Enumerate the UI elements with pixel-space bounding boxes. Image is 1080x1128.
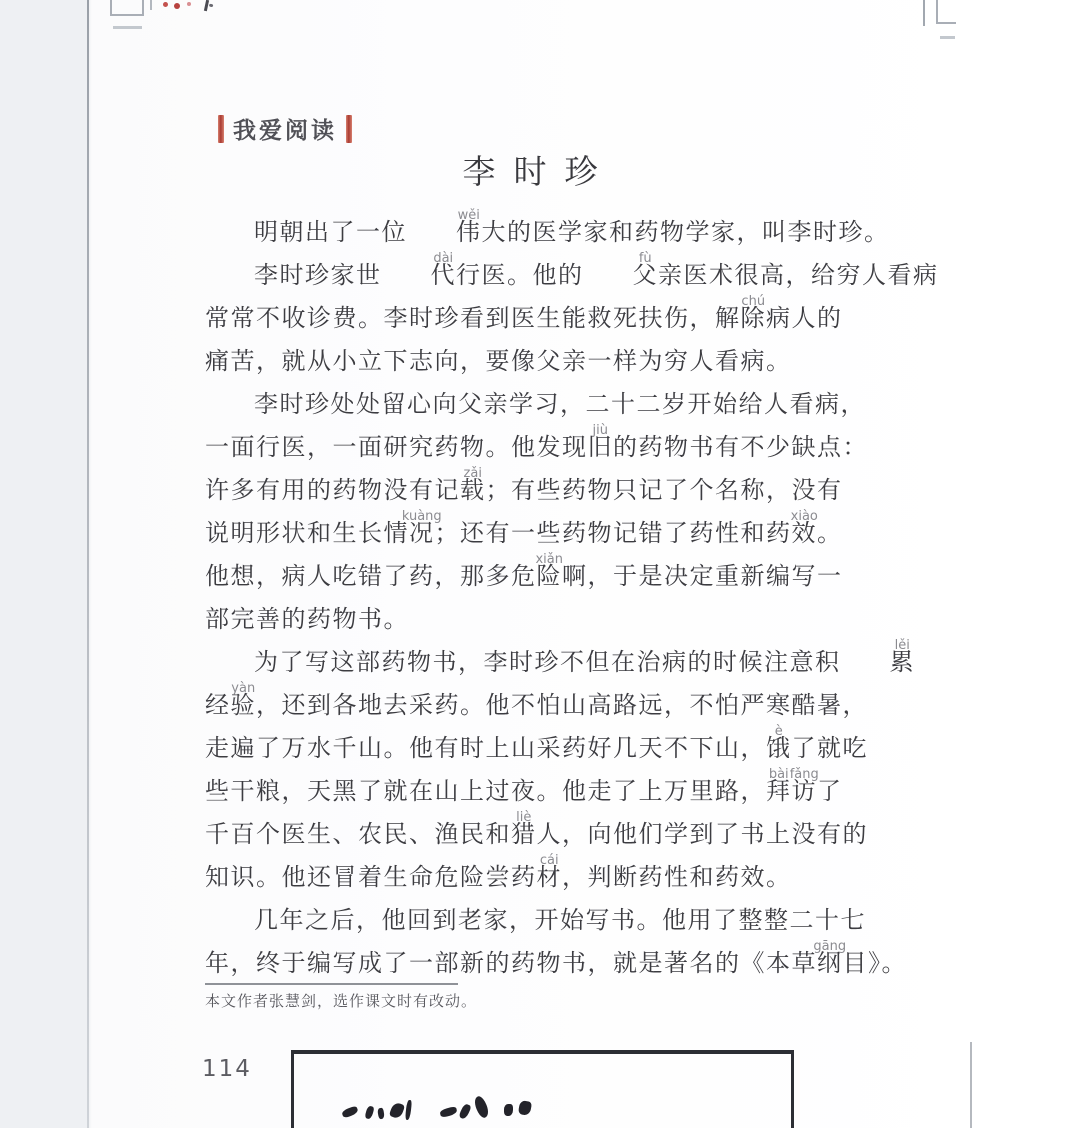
text-line: 他想，病人吃错了药，那多危xiǎn险啊，于是决定重新编写一 bbox=[205, 556, 853, 599]
textbook-page: 我爱阅读 李时珍 明朝出了一位wěi伟大的医学家和药物学家，叫李时珍。李时珍家世… bbox=[0, 0, 1080, 1128]
crop-mark-top-left-dash bbox=[113, 26, 142, 29]
text-line: 痛苦，就从小立下志向，要像父亲一样为穷人看病。 bbox=[205, 341, 853, 384]
pinyin-annotation: kuàng bbox=[402, 510, 442, 523]
page-right-edge bbox=[970, 1042, 972, 1128]
annotated-char: fǎng访 bbox=[792, 771, 818, 814]
pinyin-annotation: fǎng bbox=[790, 768, 819, 781]
pinyin-annotation: wěi bbox=[409, 209, 480, 222]
text-line: 年，终于编写成了一部新的药物书，就是著名的《本草gāng纲目》。 bbox=[205, 943, 853, 986]
annotated-char: kuàng况 bbox=[409, 513, 435, 556]
pinyin-annotation: jiù bbox=[593, 424, 608, 437]
pinyin-annotation: fù bbox=[590, 252, 652, 265]
pinyin-annotation: cái bbox=[540, 854, 559, 867]
text-line: 说明形状和生长情kuàng况；还有一些药物记错了药性和药xiào效。 bbox=[205, 513, 853, 556]
cutoff-handwriting-mark bbox=[341, 1106, 359, 1119]
pinyin-annotation: liè bbox=[516, 811, 531, 824]
pinyin-annotation: bài bbox=[769, 768, 789, 781]
red-ink-smudge bbox=[187, 2, 191, 6]
cutoff-handwriting-mark bbox=[405, 1100, 412, 1120]
crop-mark-top-right-line bbox=[923, 0, 925, 26]
text-line: 几年之后，他回到老家，开始写书。他用了整整二十七 bbox=[205, 900, 853, 943]
pinyin-annotation: chú bbox=[741, 295, 765, 308]
pinyin-annotation: lěi bbox=[846, 639, 910, 652]
annotated-char: chú除 bbox=[741, 298, 767, 341]
crop-mark-top-right bbox=[936, 0, 956, 24]
crop-mark-top-left bbox=[110, 0, 144, 16]
annotated-char: bài拜 bbox=[766, 771, 792, 814]
annotated-char: zǎi载 bbox=[460, 470, 486, 513]
cutoff-handwriting-mark bbox=[471, 1095, 491, 1120]
pinyin-annotation: gāng bbox=[813, 940, 846, 953]
body-text: 明朝出了一位wěi伟大的医学家和药物学家，叫李时珍。李时珍家世dài代行医。他的… bbox=[205, 212, 853, 986]
badge-left-bar-icon bbox=[218, 115, 224, 143]
reading-section-badge: 我爱阅读 bbox=[218, 112, 352, 145]
text-line: 一面行医，一面研究药物。他发现jiù旧的药物书有不少缺点： bbox=[205, 427, 853, 470]
annotated-char: yàn验 bbox=[231, 685, 257, 728]
cutoff-handwriting-mark bbox=[364, 1105, 374, 1119]
footnote-text: 本文作者张慧剑，选作课文时有改动。 bbox=[205, 990, 477, 1011]
lesson-title: 李时珍 bbox=[88, 146, 972, 193]
red-ink-dot bbox=[163, 2, 168, 7]
pinyin-annotation: yàn bbox=[231, 682, 255, 695]
annotated-char: wěi伟 bbox=[407, 212, 482, 255]
pinyin-annotation: è bbox=[775, 725, 783, 738]
cutoff-handwriting-mark bbox=[377, 1108, 385, 1120]
annotated-char: jiù旧 bbox=[588, 427, 614, 470]
ink-speck bbox=[204, 0, 209, 11]
cutoff-handwriting-mark bbox=[389, 1101, 405, 1119]
footnote-rule bbox=[205, 983, 458, 985]
cutoff-handwriting-mark bbox=[439, 1106, 457, 1118]
red-ink-dot bbox=[174, 3, 180, 9]
badge-right-bar-icon bbox=[346, 115, 352, 143]
annotated-char: cái材 bbox=[537, 857, 563, 900]
text-line: 常常不收诊费。李时珍看到医生能救死扶伤，解chú除病人的 bbox=[205, 298, 853, 341]
cutoff-handwriting-mark bbox=[504, 1104, 513, 1116]
next-section-box bbox=[291, 1050, 794, 1128]
annotated-char: fù父 bbox=[584, 255, 659, 298]
text-line: 明朝出了一位wěi伟大的医学家和药物学家，叫李时珍。 bbox=[205, 212, 853, 255]
text-line: 李时珍处处留心向父亲学习，二十二岁开始给人看病， bbox=[205, 384, 853, 427]
text-line: 经yàn验，还到各地去采药。他不怕山高路远，不怕严寒酷暑， bbox=[205, 685, 853, 728]
annotated-char: xiǎn险 bbox=[537, 556, 563, 599]
text-line: 走遍了万水千山。他有时上山采药好几天不下山，è饿了就吃 bbox=[205, 728, 853, 771]
pinyin-annotation: dài bbox=[384, 252, 453, 265]
annotated-char: liè猎 bbox=[511, 814, 537, 857]
annotated-char: lěi累 bbox=[841, 642, 916, 685]
text-line: 许多有用的药物没有记zǎi载；有些药物只记了个名称，没有 bbox=[205, 470, 853, 513]
text-line: 部完善的药物书。 bbox=[205, 599, 853, 642]
pinyin-annotation: xiǎn bbox=[535, 553, 563, 566]
text-line: 千百个医生、农民、渔民和liè猎人，向他们学到了书上没有的 bbox=[205, 814, 853, 857]
annotated-char: gāng纲 bbox=[817, 943, 843, 986]
text-line: 知识。他还冒着生命危险尝药cái材，判断药性和药效。 bbox=[205, 857, 853, 900]
annotated-char: xiào效 bbox=[792, 513, 818, 556]
page-number: 114 bbox=[202, 1056, 252, 1082]
annotated-char: è饿 bbox=[766, 728, 792, 771]
text-line: 李时珍家世dài代行医。他的fù父亲医术很高，给穷人看病 bbox=[205, 255, 853, 298]
text-line: 为了写这部药物书，李时珍不但在治病的时候注意积lěi累 bbox=[205, 642, 853, 685]
cutoff-handwriting-mark bbox=[458, 1103, 471, 1120]
crop-mark-top-right-dash bbox=[940, 36, 955, 39]
annotated-char: dài代 bbox=[382, 255, 457, 298]
badge-label: 我爱阅读 bbox=[233, 112, 337, 145]
crop-mark-tick bbox=[150, 0, 152, 10]
cutoff-handwriting-mark bbox=[518, 1100, 532, 1116]
pinyin-annotation: zǎi bbox=[464, 467, 482, 480]
text-line: 些干粮，天黑了就在山上过夜。他走了上万里路，bài拜fǎng访了 bbox=[205, 771, 853, 814]
pinyin-annotation: xiào bbox=[791, 510, 818, 523]
